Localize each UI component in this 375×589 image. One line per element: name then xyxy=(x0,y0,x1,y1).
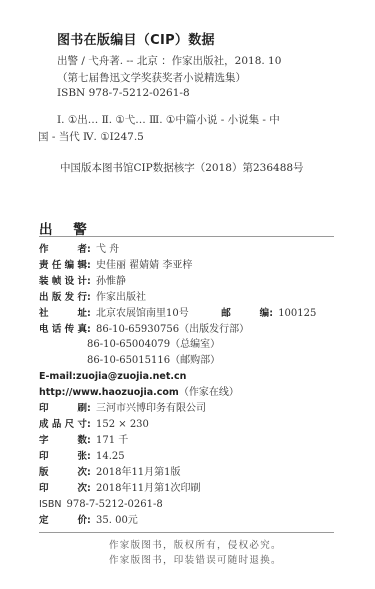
phone-number-2: 86-10-65004079（总编室） xyxy=(87,338,220,352)
designer-value: 孙惟静 xyxy=(96,275,126,289)
designer-label: 装帧设计 xyxy=(39,275,87,289)
colophon-printing: 印 次: 2018年11月第1次印刷 xyxy=(39,482,201,496)
footer-divider xyxy=(39,532,334,533)
postcode-label: 邮 编 xyxy=(221,307,269,321)
postcode-value: 100125 xyxy=(278,307,316,321)
author-label: 作 者 xyxy=(39,243,87,257)
isbn-value: 978-7-5212-0261-8 xyxy=(66,498,162,512)
book-title: 出 警 xyxy=(39,218,95,238)
editors-value: 史佳丽 翟婧婧 李亚梓 xyxy=(96,259,192,273)
colophon-word-count: 字 数: 171 千 xyxy=(39,434,128,448)
edition-value: 2018年11月第1版 xyxy=(96,466,181,480)
size-label: 成品尺寸 xyxy=(39,418,87,432)
cip-classification-line-1: Ⅰ. ①出… Ⅱ. ①弋… Ⅲ. ①中篇小说 - 小说集 - 中 xyxy=(57,112,280,127)
website-url: http://www.haozuojia.com xyxy=(39,387,179,398)
printer-value: 三河市兴博印务有限公司 xyxy=(96,402,206,416)
printing-value: 2018年11月第1次印刷 xyxy=(96,482,201,496)
printer-label: 印 刷 xyxy=(39,402,87,416)
colophon-address: 社 址: 北京农展馆南里10号 邮 编: 100125 xyxy=(39,307,316,321)
address-value: 北京农展馆南里10号 xyxy=(96,307,214,321)
colophon-email: E-mail:zuojia@zuojia.net.cn xyxy=(39,370,186,384)
address-label: 社 址 xyxy=(39,307,87,321)
price-label: 定 价 xyxy=(39,514,87,528)
cip-record-number: 中国版本图书馆CIP数据核字（2018）第236488号 xyxy=(60,160,304,175)
colophon-isbn: ISBN978-7-5212-0261-8 xyxy=(39,498,163,512)
size-value: 152 × 230 xyxy=(96,418,149,432)
editors-label: 责任编辑 xyxy=(39,259,87,273)
colophon-designer: 装帧设计: 孙惟静 xyxy=(39,275,126,289)
cip-heading: 图书在版编目（CIP）数据 xyxy=(57,29,215,48)
publisher-value: 作家出版社 xyxy=(96,291,146,305)
cip-line-title-publisher: 出警 / 弋舟著. -- 北京 ：作家出版社，2018. 10 xyxy=(57,53,281,68)
sheets-value: 14.25 xyxy=(96,450,125,464)
cip-line-isbn: ISBN 978-7-5212-0261-8 xyxy=(57,87,190,99)
colophon-sheets: 印 张: 14.25 xyxy=(39,450,125,464)
colophon-phone: 电话传真: 86-10-65930756（出版发行部） xyxy=(39,323,249,337)
website-note: （作家在线） xyxy=(179,386,239,400)
phone-number-3: 86-10-65015116（邮购部） xyxy=(87,354,220,368)
phone-label: 电话传真 xyxy=(39,323,87,337)
cip-classification-line-2: 国 - 当代 Ⅳ. ①I247.5 xyxy=(38,129,144,144)
price-value: 35. 00元 xyxy=(96,514,138,528)
word-count-label: 字 数 xyxy=(39,434,87,448)
isbn-label: ISBN xyxy=(39,499,61,510)
printing-label: 印 次 xyxy=(39,482,87,496)
copyright-notice: 作家版图书，版权所有，侵权必究。 xyxy=(109,537,282,551)
sheets-label: 印 张 xyxy=(39,450,87,464)
colophon-price: 定 价: 35. 00元 xyxy=(39,514,138,528)
colophon-phone-2: 86-10-65004079（总编室） xyxy=(87,338,220,352)
colophon-printer: 印 刷: 三河市兴博印务有限公司 xyxy=(39,402,206,416)
word-count-value: 171 千 xyxy=(96,434,128,448)
title-divider xyxy=(39,236,334,237)
colophon-phone-3: 86-10-65015116（邮购部） xyxy=(87,354,220,368)
author-value: 弋 舟 xyxy=(96,243,119,257)
colophon-author: 作 者: 弋 舟 xyxy=(39,243,119,257)
colophon-edition: 版 次: 2018年11月第1版 xyxy=(39,466,181,480)
colophon-website: http://www.haozuojia.com（作家在线） xyxy=(39,386,239,400)
cip-line-series: （第七届鲁迅文学奖获奖者小说精选集） xyxy=(57,70,246,85)
colophon-publisher: 出版发行: 作家出版社 xyxy=(39,291,146,305)
publisher-label: 出版发行 xyxy=(39,291,87,305)
phone-number-1: 86-10-65930756（出版发行部） xyxy=(96,323,249,337)
colophon-editors: 责任编辑: 史佳丽 翟婧婧 李亚梓 xyxy=(39,259,192,273)
replacement-notice: 作家版图书，印装错误可随时退换。 xyxy=(109,552,282,566)
edition-label: 版 次 xyxy=(39,466,87,480)
colophon-size: 成品尺寸: 152 × 230 xyxy=(39,418,149,432)
